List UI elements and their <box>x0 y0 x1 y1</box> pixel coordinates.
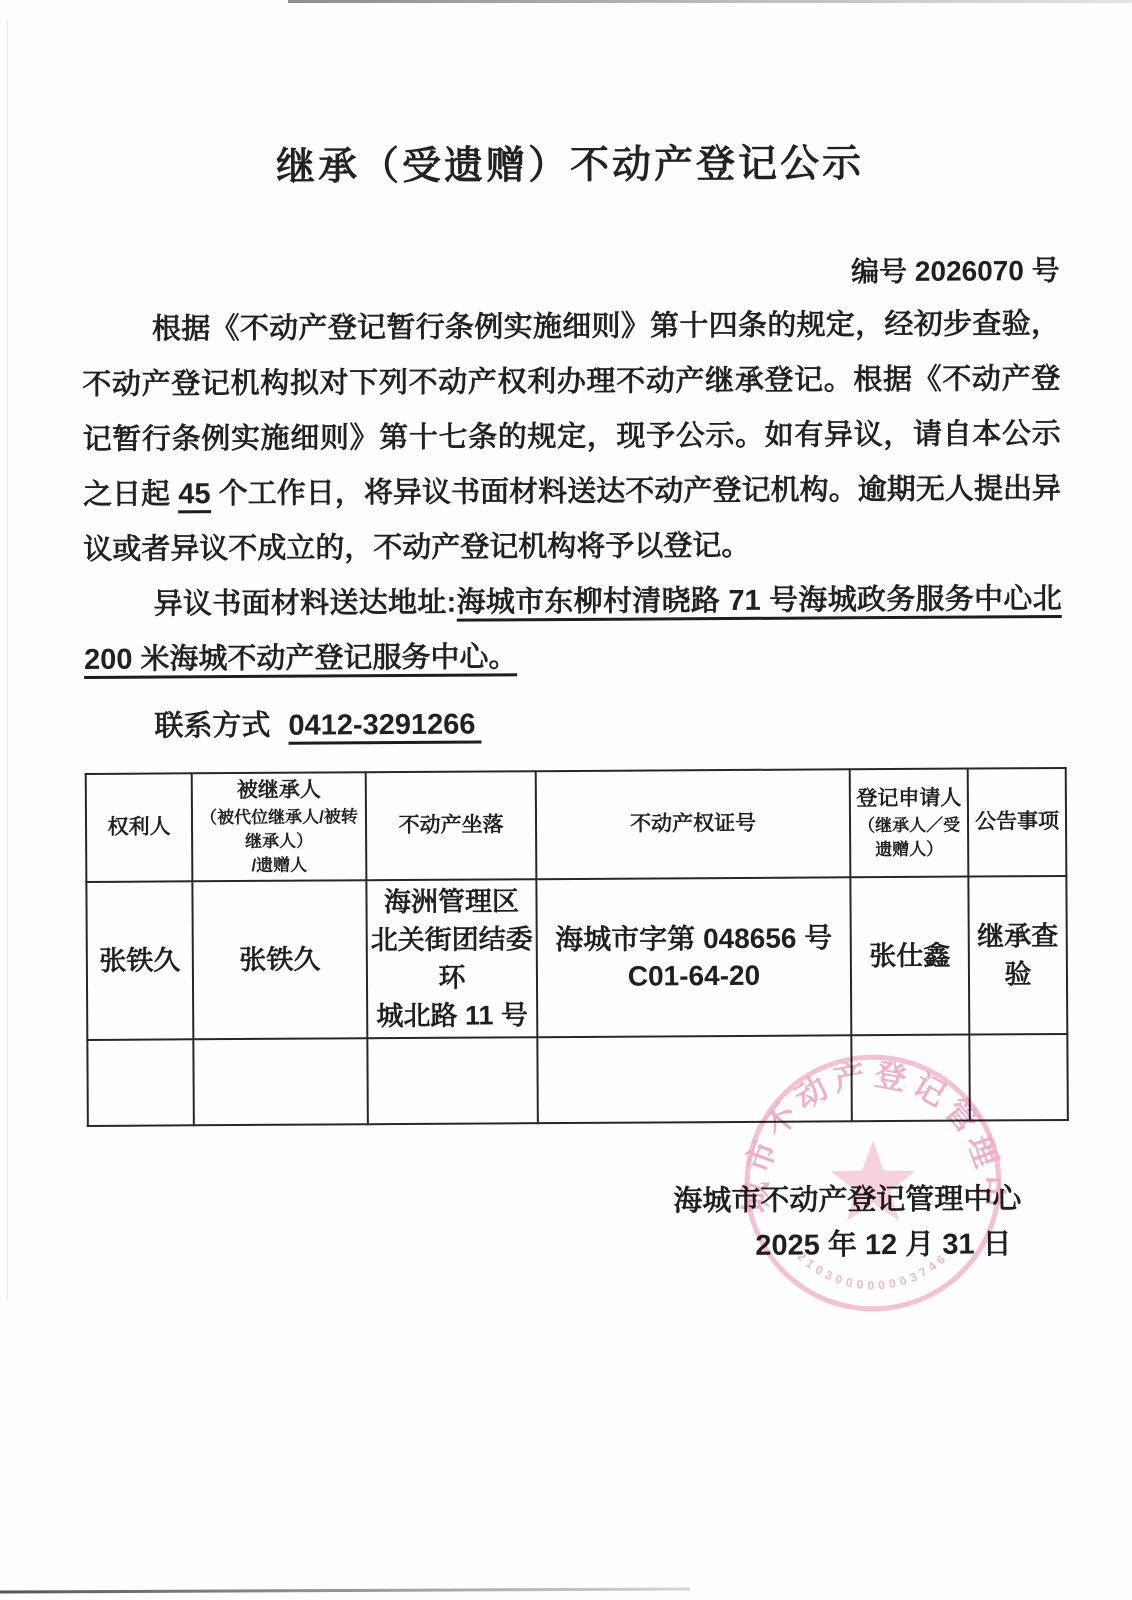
issuer-name: 海城市不动产登记管理中心 <box>87 1177 1021 1228</box>
contact-phone: 0412-3291266 <box>288 709 481 745</box>
empty-cell <box>851 1035 970 1122</box>
header-cert-number-label: 不动产权证号 <box>540 808 846 840</box>
empty-cell <box>87 1039 194 1126</box>
objection-days-value: 45 <box>178 478 210 513</box>
paragraph-objection-address: 异议书面材料送达地址:海城市东柳村清晓路 71 号海城政务服务中心北 200 米… <box>84 572 1063 688</box>
header-notice-item: 公告事项 <box>968 768 1067 877</box>
notice-item-value: 继承查验 <box>973 917 1063 994</box>
address-label: 异议书面材料送达地址: <box>154 587 457 621</box>
cell-notice-item: 继承查验 <box>968 876 1067 1035</box>
p1-text-after: 个工作日，将异议书面材料送达不动产登记机构。逾期无人提出异议或者异议不成立的，不… <box>83 473 1061 566</box>
header-decedent-main: 被继承人 <box>196 775 362 806</box>
empty-cell <box>969 1034 1068 1121</box>
header-applicant-main: 登记申请人 <box>854 784 964 815</box>
empty-cell <box>193 1038 368 1125</box>
header-right-holder: 权利人 <box>86 773 193 882</box>
empty-cell <box>537 1035 852 1123</box>
header-applicant: 登记申请人 （继承人／受遗赠人） <box>850 769 969 878</box>
header-decedent-sub: （被代位继承人/被转继承人） /遗赠人 <box>196 805 362 878</box>
cell-decedent: 张铁久 <box>192 880 367 1039</box>
decedent-value: 张铁久 <box>197 940 363 979</box>
signature-block: 海城市不动产登记管理中心 2025 年 12 月 31 日 <box>87 1177 1066 1273</box>
page-title: 继承（受遗赠）不动产登记公示 <box>81 131 1059 193</box>
table-header-row: 权利人 被继承人 （被代位继承人/被转继承人） /遗赠人 不动产坐落 不动产权证… <box>86 768 1067 882</box>
contact-line: 联系方式0412-3291266 <box>84 694 1062 755</box>
document-content: 继承（受遗赠）不动产登记公示 编号 2026070 号 根据《不动产登记暂行条例… <box>0 0 1132 1600</box>
cell-property-location: 海洲管理区 北关街团结委环 城北路 11 号 <box>366 879 537 1038</box>
cell-right-holder: 张铁久 <box>86 881 193 1040</box>
applicant-value: 张仕鑫 <box>855 937 965 976</box>
header-cert-number: 不动产权证号 <box>536 769 851 879</box>
doc-number: 编号 2026070 号 <box>82 249 1060 295</box>
header-applicant-sub: （继承人／受遗赠人） <box>854 814 964 863</box>
cell-applicant: 张仕鑫 <box>850 877 969 1036</box>
issue-date: 2025 年 12 月 31 日 <box>87 1222 1021 1273</box>
contact-label: 联系方式 <box>154 710 270 743</box>
property-location-value: 海洲管理区 北关街团结委环 城北路 11 号 <box>370 882 533 1035</box>
header-right-holder-label: 权利人 <box>90 812 188 843</box>
paragraph-legal-basis: 根据《不动产登记暂行条例实施细则》第十四条的规定，经初步查验，不动产登记机构拟对… <box>82 297 1062 578</box>
registration-table: 权利人 被继承人 （被代位继承人/被转继承人） /遗赠人 不动产坐落 不动产权证… <box>85 767 1069 1127</box>
empty-cell <box>367 1037 538 1124</box>
table-empty-row <box>87 1034 1068 1126</box>
header-notice-item-label: 公告事项 <box>972 807 1062 838</box>
cert-number-line1: 海城市字第 048656 号 <box>541 919 847 958</box>
right-holder-value: 张铁久 <box>91 941 189 980</box>
cert-number-line2: C01-64-20 <box>541 956 847 995</box>
cell-cert-number: 海城市字第 048656 号 C01-64-20 <box>536 877 851 1037</box>
document-page: 继承（受遗赠）不动产登记公示 编号 2026070 号 根据《不动产登记暂行条例… <box>0 0 1132 1600</box>
header-property-location-label: 不动产坐落 <box>370 810 532 841</box>
table-row: 张铁久 张铁久 海洲管理区 北关街团结委环 城北路 11 号 海城市字第 048… <box>86 876 1067 1040</box>
header-property-location: 不动产坐落 <box>366 771 537 880</box>
header-decedent: 被继承人 （被代位继承人/被转继承人） /遗赠人 <box>192 772 367 881</box>
